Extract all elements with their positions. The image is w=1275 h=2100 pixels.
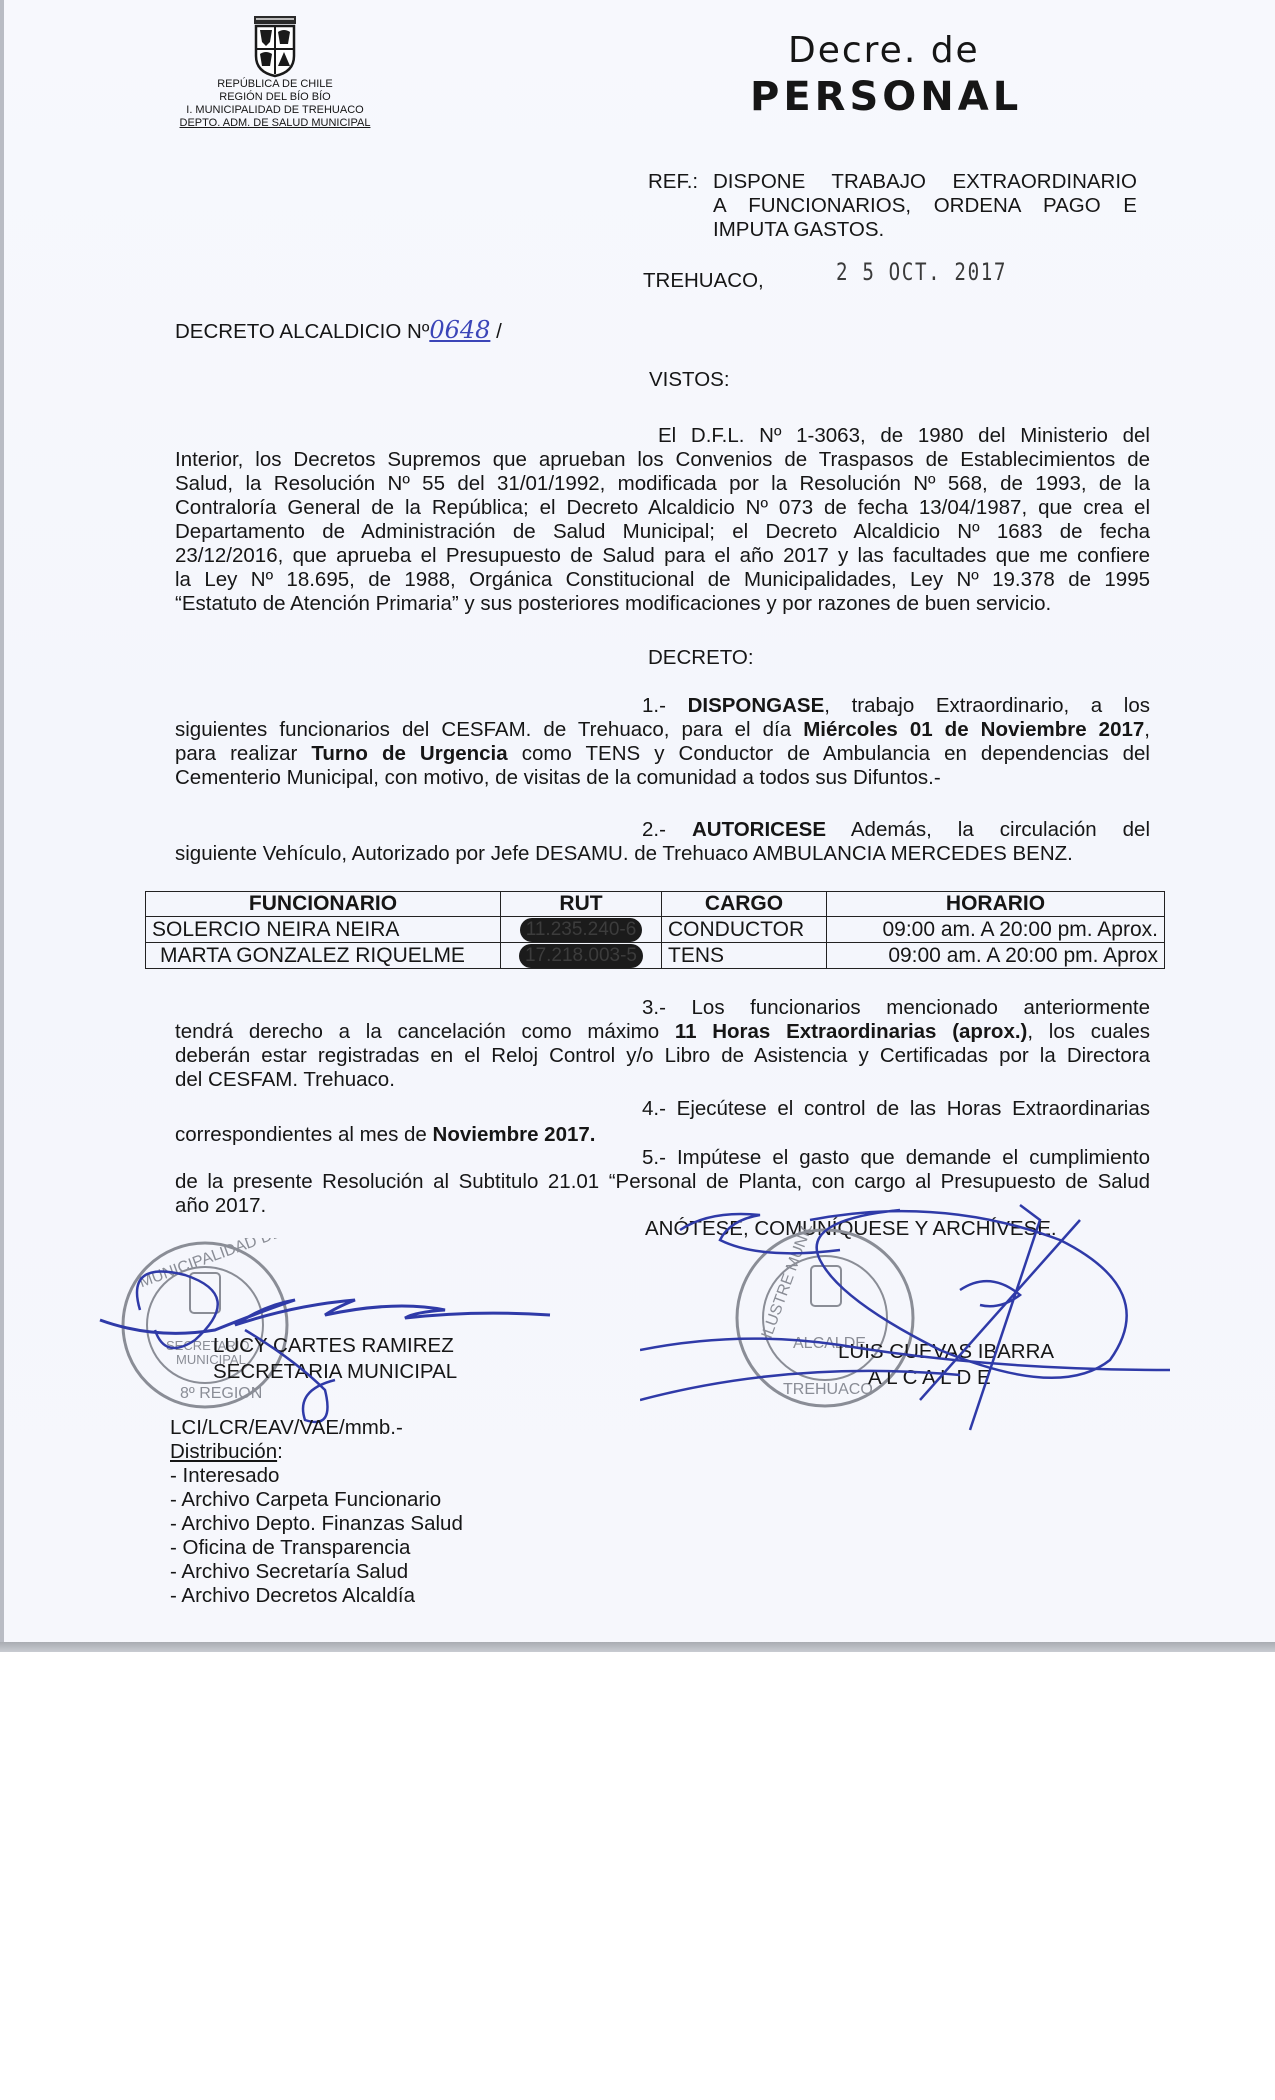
coat-of-arms-icon — [244, 16, 306, 78]
item3-line2-a: tendrá derecho a la cancelación como máx… — [175, 1020, 675, 1043]
item3-line1-rest: Los funcionarios mencionado anteriorment… — [692, 996, 1150, 1019]
table-header-row: FUNCIONARIO RUT CARGO HORARIO — [146, 892, 1165, 917]
decreto-item-5: 5.- Impútese el gasto que demande el cum… — [175, 1146, 1150, 1218]
mayor-title: A L C A L D E — [868, 1366, 991, 1390]
distribution-item: - Archivo Carpeta Funcionario — [170, 1488, 463, 1512]
item4-month: Noviembre 2017. — [433, 1123, 596, 1146]
item2-verb: AUTORICESE — [692, 818, 826, 841]
date-stamp: 2 5 OCT. 2017 — [836, 258, 1007, 286]
decreto-item-1: 1.- DISPONGASE, trabajo Extraordinario, … — [175, 694, 1150, 790]
item2-line1-rest: Además, la circulación del — [826, 818, 1150, 841]
distribution-item: - Oficina de Transparencia — [170, 1536, 463, 1560]
decree-number-line: DECRETO ALCALDICIO Nº0648 / — [175, 318, 502, 344]
item4-line1-rest: Ejecútese el control de las Horas Extrao… — [677, 1097, 1150, 1120]
decree-number-handwritten: 0648 — [429, 316, 490, 344]
col-cargo: CARGO — [662, 892, 827, 917]
distribution-item: - Archivo Secretaría Salud — [170, 1560, 463, 1584]
item4-number: 4.- — [642, 1097, 666, 1120]
item1-line3-a: para realizar — [175, 742, 311, 765]
vistos-line-6: la Ley Nº 18.695, de 1988, Orgánica Cons… — [175, 568, 1150, 592]
vistos-line-2: Salud, la Resolución Nº 55 del 31/01/199… — [175, 472, 1150, 496]
ref-block: DISPONE TRABAJO EXTRAORDINARIO A FUNCION… — [713, 170, 1137, 242]
staff-table: FUNCIONARIO RUT CARGO HORARIO SOLERCIO N… — [145, 891, 1165, 969]
decree-number-suffix: / — [496, 320, 502, 343]
item3-line-2: tendrá derecho a la cancelación como máx… — [175, 1020, 1150, 1044]
item5-line1-rest: Impútese el gasto que demande el cumplim… — [677, 1146, 1150, 1169]
distribution-heading-text: Distribución — [170, 1440, 277, 1463]
vistos-line-5: 23/12/2016, que aprueba el Presupuesto d… — [175, 544, 1150, 568]
ref-line-2: A FUNCIONARIOS, ORDENA PAGO E — [713, 194, 1137, 218]
item5-line-2: de la presente Resolución al Subtitulo 2… — [175, 1170, 1150, 1194]
decree-number-label: DECRETO ALCALDICIO Nº — [175, 320, 429, 343]
secretary-name: LUCY CARTES RAMIREZ — [213, 1334, 454, 1358]
cell-rut: 11.235.240-6 — [501, 917, 662, 943]
item3-line-3: deberán estar registradas en el Reloj Co… — [175, 1044, 1150, 1068]
item1-line1-rest: , trabajo Extraordinario, a los — [824, 694, 1150, 717]
decreto-item-4: 4.- Ejecútese el control de las Horas Ex… — [175, 1097, 1150, 1147]
item1-line-4: Cementerio Municipal, con motivo, de vis… — [175, 766, 1150, 790]
ref-line-3: IMPUTA GASTOS. — [713, 218, 1137, 242]
distribution-list: - Interesado - Archivo Carpeta Funcionar… — [170, 1464, 463, 1608]
cell-horario: 09:00 am. A 20:00 pm. Aprox. — [827, 917, 1165, 943]
distribution-heading: Distribución: — [170, 1440, 283, 1464]
item5-number: 5.- — [642, 1146, 666, 1169]
item3-number: 3.- — [642, 996, 666, 1019]
place-label: TREHUACO, — [643, 269, 764, 293]
page-edge-shadow — [0, 1642, 1275, 1652]
item1-line2-a: siguientes funcionarios del CESFAM. de T… — [175, 718, 803, 741]
secretary-title: SECRETARIA MUNICIPAL — [213, 1360, 457, 1384]
letterhead-line-country: REPÚBLICA DE CHILE — [160, 78, 390, 91]
item1-shift: Turno de Urgencia — [311, 742, 507, 765]
letterhead-text: REPÚBLICA DE CHILE REGIÓN DEL BÍO BÍO I.… — [160, 78, 390, 130]
vistos-line-3: Contraloría General de la República; el … — [175, 496, 1150, 520]
item1-line-3: para realizar Turno de Urgencia como TEN… — [175, 742, 1150, 766]
item1-line-2: siguientes funcionarios del CESFAM. de T… — [175, 718, 1150, 742]
vistos-paragraph: El D.F.L. Nº 1-3063, de 1980 del Ministe… — [175, 424, 1150, 616]
rut-redacted: 17.218.003-5 — [519, 944, 643, 968]
item2-line-1: 2.- AUTORICESE Además, la circulación de… — [175, 818, 1150, 842]
item4-line-1: 4.- Ejecútese el control de las Horas Ex… — [175, 1097, 1150, 1121]
item5-line-3: año 2017. — [175, 1194, 1150, 1218]
col-funcionario: FUNCIONARIO — [146, 892, 501, 917]
item1-line3-c: como TENS y Conductor de Ambulancia en d… — [508, 742, 1150, 765]
cell-funcionario: SOLERCIO NEIRA NEIRA — [146, 917, 501, 943]
cell-horario: 09:00 am. A 20:00 pm. Aprox — [827, 943, 1165, 969]
distribution-item: - Archivo Depto. Finanzas Salud — [170, 1512, 463, 1536]
rut-redacted: 11.235.240-6 — [520, 918, 643, 942]
letterhead-line-municipality: I. MUNICIPALIDAD DE TREHUACO — [160, 104, 390, 117]
table-row: MARTA GONZALEZ RIQUELME 17.218.003-5 TEN… — [146, 943, 1165, 969]
doc-title-line2: PERSONAL — [750, 74, 1022, 120]
col-horario: HORARIO — [827, 892, 1165, 917]
vistos-heading: VISTOS: — [649, 368, 730, 392]
item2-line-2: siguiente Vehículo, Autorizado por Jefe … — [175, 842, 1150, 866]
item3-hours: 11 Horas Extraordinarias (aprox.) — [675, 1020, 1028, 1043]
item1-number: 1.- — [642, 694, 666, 717]
cell-rut: 17.218.003-5 — [501, 943, 662, 969]
distribution-item: - Interesado — [170, 1464, 463, 1488]
distribution-item: - Archivo Decretos Alcaldía — [170, 1584, 463, 1608]
item3-line-1: 3.- Los funcionarios mencionado anterior… — [175, 996, 1150, 1020]
item3-line-4: del CESFAM. Trehuaco. — [175, 1068, 1150, 1092]
item1-line-1: 1.- DISPONGASE, trabajo Extraordinario, … — [175, 694, 1150, 718]
vistos-line-1: Interior, los Decretos Supremos que apru… — [175, 448, 1150, 472]
item4-line2-a: correspondientes al mes de — [175, 1123, 433, 1146]
cell-funcionario: MARTA GONZALEZ RIQUELME — [146, 943, 501, 969]
decreto-item-2: 2.- AUTORICESE Además, la circulación de… — [175, 818, 1150, 866]
doc-title-line1: Decre. de — [788, 30, 980, 71]
vistos-line-4: Departamento de Administración de Salud … — [175, 520, 1150, 544]
mayor-name: LUIS CUEVAS IBARRA — [838, 1340, 1054, 1364]
item3-line2-c: , los cuales — [1027, 1020, 1150, 1043]
item4-line-2: correspondientes al mes de Noviembre 201… — [175, 1123, 1150, 1147]
initials: LCI/LCR/EAV/VAE/mmb.- — [170, 1416, 403, 1440]
item5-line-1: 5.- Impútese el gasto que demande el cum… — [175, 1146, 1150, 1170]
cell-cargo: TENS — [662, 943, 827, 969]
item1-line2-c: , — [1144, 718, 1150, 741]
letterhead-line-department: DEPTO. ADM. DE SALUD MUNICIPAL — [160, 117, 390, 130]
ref-label: REF.: — [648, 170, 698, 194]
item1-date: Miércoles 01 de Noviembre 2017 — [803, 718, 1144, 741]
decreto-item-3: 3.- Los funcionarios mencionado anterior… — [175, 996, 1150, 1092]
cell-cargo: CONDUCTOR — [662, 917, 827, 943]
item1-verb: DISPONGASE — [688, 694, 825, 717]
ref-line-1: DISPONE TRABAJO EXTRAORDINARIO — [713, 170, 1137, 194]
decreto-heading: DECRETO: — [648, 646, 754, 670]
vistos-line-0: El D.F.L. Nº 1-3063, de 1980 del Ministe… — [175, 424, 1150, 448]
item2-number: 2.- — [642, 818, 666, 841]
closing-formula: ANÓTESE, COMUNÍQUESE Y ARCHÍVESE. — [645, 1217, 1057, 1241]
table-row: SOLERCIO NEIRA NEIRA 11.235.240-6 CONDUC… — [146, 917, 1165, 943]
col-rut: RUT — [501, 892, 662, 917]
letterhead-line-region: REGIÓN DEL BÍO BÍO — [160, 91, 390, 104]
vistos-line-7: “Estatuto de Atención Primaria” y sus po… — [175, 592, 1150, 616]
